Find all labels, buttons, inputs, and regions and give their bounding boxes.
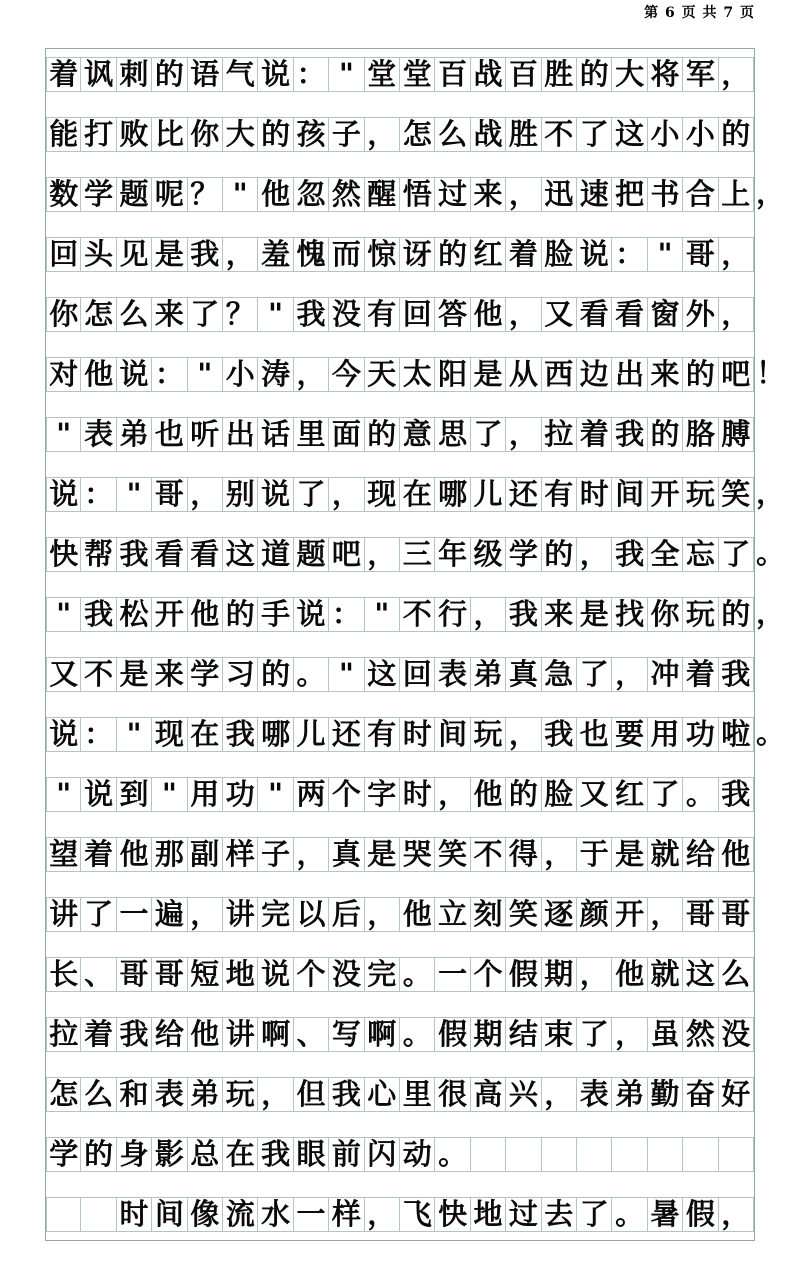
char-cell: 、: [294, 1017, 329, 1052]
char-cell: 现: [152, 717, 187, 752]
char-cell: 我: [506, 597, 541, 632]
page-number-header: 第 6 页 共 7 页: [644, 2, 755, 22]
char-cell: 胜: [506, 117, 541, 152]
char-cell: 完: [365, 957, 400, 992]
char-cell: 他: [258, 177, 293, 212]
char-cell: 他: [719, 837, 754, 872]
grid-row: 又不是来学习的。"这回表弟真急了，冲着我: [46, 657, 754, 692]
char-cell: 哭: [400, 837, 435, 872]
char-cell: 哥: [719, 897, 754, 932]
char-cell: 说: [117, 357, 152, 392]
char-cell: 真: [329, 837, 364, 872]
char-cell: 快: [46, 537, 81, 572]
char-cell: 间: [612, 477, 647, 512]
char-cell: 假: [683, 1197, 718, 1232]
char-cell: 不: [471, 837, 506, 872]
char-cell: 给: [683, 837, 718, 872]
char-cell: 他: [471, 297, 506, 332]
char-cell: 是: [577, 597, 612, 632]
char-cell: 数: [46, 177, 81, 212]
char-cell: 哪: [258, 717, 293, 752]
char-cell: 还: [506, 477, 541, 512]
char-cell: 流: [223, 1197, 258, 1232]
char-cell: 像: [188, 1197, 223, 1232]
char-cell: 时: [400, 777, 435, 812]
char-cell: ，: [294, 357, 329, 392]
char-cell: 着: [46, 57, 81, 92]
char-cell: 说: [81, 777, 116, 812]
hanging-punctuation: ，: [754, 477, 788, 512]
char-cell: 题: [294, 537, 329, 572]
char-cell: 全: [648, 537, 683, 572]
char-cell: 还: [329, 717, 364, 752]
char-cell: 把: [612, 177, 647, 212]
char-cell: 、: [81, 957, 116, 992]
char-cell: 找: [612, 597, 647, 632]
char-cell: 和: [117, 1077, 152, 1112]
char-cell: 那: [152, 837, 187, 872]
char-cell: 过: [435, 177, 470, 212]
char-cell: 间: [435, 717, 470, 752]
char-cell: ，: [648, 897, 683, 932]
char-cell: 的: [577, 57, 612, 92]
char-cell: 来: [471, 177, 506, 212]
char-cell: 我: [719, 657, 754, 692]
char-cell: 速: [577, 177, 612, 212]
char-cell: 用: [648, 717, 683, 752]
char-cell: 勤: [648, 1077, 683, 1112]
char-cell: 了: [294, 477, 329, 512]
char-cell: 的: [648, 417, 683, 452]
char-cell: 军: [683, 57, 718, 92]
char-cell: ，: [329, 477, 364, 512]
char-cell: 么: [719, 957, 754, 992]
char-cell: 时: [117, 1197, 152, 1232]
char-cell: 了: [471, 417, 506, 452]
char-cell: 开: [612, 897, 647, 932]
char-cell: 讲: [223, 1017, 258, 1052]
hanging-punctuation: ，: [754, 177, 788, 212]
char-cell: 弟: [188, 1077, 223, 1112]
char-cell: 面: [329, 417, 364, 452]
char-cell: 玩: [683, 477, 718, 512]
char-cell: 学: [46, 1137, 81, 1172]
char-cell: 我: [294, 297, 329, 332]
char-cell: 而: [329, 237, 364, 272]
char-cell: 这: [365, 657, 400, 692]
char-cell: 儿: [471, 477, 506, 512]
char-cell: 他: [612, 957, 647, 992]
char-cell: 看: [152, 537, 187, 572]
char-cell: 头: [81, 237, 116, 272]
char-cell: 闪: [365, 1137, 400, 1172]
char-cell: 手: [258, 597, 293, 632]
char-cell: 迅: [542, 177, 577, 212]
char-cell: 我: [542, 717, 577, 752]
char-cell: 对: [46, 357, 81, 392]
char-cell: 我: [329, 1077, 364, 1112]
char-cell: ": [258, 297, 293, 332]
char-cell: 学: [188, 657, 223, 692]
char-cell: 愧: [294, 237, 329, 272]
grid-row: 着讽刺的语气说："堂堂百战百胜的大将军，: [46, 57, 754, 92]
char-cell: 打: [81, 117, 116, 152]
char-cell: 回: [46, 237, 81, 272]
char-cell: ？: [188, 177, 223, 212]
char-cell: 从: [506, 357, 541, 392]
char-cell: 好: [719, 1077, 754, 1112]
char-cell: ，: [506, 177, 541, 212]
char-cell: 说: [577, 237, 612, 272]
char-cell: ": [46, 777, 81, 812]
char-cell: 快: [435, 1197, 470, 1232]
char-cell: [506, 1137, 541, 1172]
char-cell: 束: [542, 1017, 577, 1052]
char-cell: 开: [648, 477, 683, 512]
char-cell: 急: [542, 657, 577, 692]
char-cell: ": [258, 777, 293, 812]
char-cell: 笑: [719, 477, 754, 512]
char-cell: 逐: [542, 897, 577, 932]
char-cell: 么: [435, 117, 470, 152]
char-cell: 胜: [542, 57, 577, 92]
char-cell: 时: [577, 477, 612, 512]
char-cell: 冲: [648, 657, 683, 692]
char-cell: 短: [188, 957, 223, 992]
char-cell: 的: [683, 357, 718, 392]
char-cell: 他: [188, 1017, 223, 1052]
char-cell: 个: [294, 957, 329, 992]
char-cell: 悟: [400, 177, 435, 212]
char-cell: ，: [365, 537, 400, 572]
char-cell: ": [329, 657, 364, 692]
char-cell: ": [152, 777, 187, 812]
char-cell: 胳: [683, 417, 718, 452]
char-cell: 地: [471, 1197, 506, 1232]
char-cell: 说: [258, 57, 293, 92]
char-cell: 看: [188, 537, 223, 572]
char-cell: 完: [258, 897, 293, 932]
char-cell: 你: [46, 297, 81, 332]
char-cell: ，: [542, 837, 577, 872]
char-cell: 的: [435, 237, 470, 272]
char-cell: 道: [258, 537, 293, 572]
char-cell: ，: [612, 657, 647, 692]
char-cell: 我: [117, 537, 152, 572]
char-cell: 。: [400, 1017, 435, 1052]
char-cell: 样: [329, 1197, 364, 1232]
char-cell: 然: [683, 1017, 718, 1052]
char-cell: 别: [223, 477, 258, 512]
char-cell: 颜: [577, 897, 612, 932]
char-cell: ，: [719, 1197, 754, 1232]
char-cell: ：: [152, 357, 187, 392]
char-cell: 说: [294, 597, 329, 632]
char-cell: 飞: [400, 1197, 435, 1232]
char-cell: 今: [329, 357, 364, 392]
char-cell: ，: [365, 1197, 400, 1232]
char-cell: 表: [81, 417, 116, 452]
grid-row: 怎么和表弟玩，但我心里很高兴，表弟勤奋好: [46, 1077, 754, 1112]
char-cell: 了: [81, 897, 116, 932]
char-cell: 这: [612, 117, 647, 152]
char-cell: 暑: [648, 1197, 683, 1232]
char-cell: 样: [223, 837, 258, 872]
char-cell: 功: [683, 717, 718, 752]
char-cell: 望: [46, 837, 81, 872]
char-cell: 忘: [683, 537, 718, 572]
grid-row: "表弟也听出话里面的意思了，拉着我的胳膊: [46, 417, 754, 452]
char-cell: 里: [400, 1077, 435, 1112]
char-cell: 弟: [117, 417, 152, 452]
char-cell: 的: [542, 537, 577, 572]
char-cell: [683, 1137, 718, 1172]
char-cell: 怎: [81, 297, 116, 332]
char-cell: 忽: [294, 177, 329, 212]
char-cell: [577, 1137, 612, 1172]
grid-row: 能打败比你大的孩子，怎么战胜不了这小小的: [46, 117, 754, 152]
char-cell: ：: [294, 57, 329, 92]
char-cell: ，: [223, 237, 258, 272]
char-cell: 他: [471, 777, 506, 812]
char-cell: 天: [365, 357, 400, 392]
char-cell: 在: [400, 477, 435, 512]
char-cell: 看: [577, 297, 612, 332]
char-cell: 但: [294, 1077, 329, 1112]
char-cell: 结: [506, 1017, 541, 1052]
char-cell: 出: [612, 357, 647, 392]
char-cell: 你: [648, 597, 683, 632]
char-cell: 心: [365, 1077, 400, 1112]
char-cell: 脸: [542, 237, 577, 272]
char-cell: 是: [612, 837, 647, 872]
char-cell: 是: [152, 237, 187, 272]
char-cell: 呢: [152, 177, 187, 212]
char-cell: 高: [471, 1077, 506, 1112]
char-cell: 副: [188, 837, 223, 872]
grid-row: 拉着我给他讲啊、写啊。假期结束了，虽然没: [46, 1017, 754, 1052]
char-cell: 我: [612, 537, 647, 572]
char-cell: 百: [506, 57, 541, 92]
char-cell: 语: [188, 57, 223, 92]
char-cell: 说: [46, 477, 81, 512]
char-cell: 级: [471, 537, 506, 572]
char-cell: 。: [683, 777, 718, 812]
char-cell: 着: [683, 657, 718, 692]
char-cell: 的: [365, 417, 400, 452]
char-cell: 是: [471, 357, 506, 392]
char-cell: 这: [683, 957, 718, 992]
char-cell: 讲: [223, 897, 258, 932]
char-cell: 也: [152, 417, 187, 452]
hanging-punctuation: ！: [754, 357, 788, 392]
char-cell: 他: [81, 357, 116, 392]
char-cell: 一: [294, 1197, 329, 1232]
char-cell: 来: [648, 357, 683, 392]
char-cell: 答: [435, 297, 470, 332]
char-cell: [46, 1197, 81, 1232]
char-cell: 说: [46, 717, 81, 752]
grid-row: 学的身影总在我眼前闪动。: [46, 1137, 754, 1172]
char-cell: 期: [542, 957, 577, 992]
char-cell: ，: [577, 957, 612, 992]
char-cell: ": [188, 357, 223, 392]
char-cell: 来: [542, 597, 577, 632]
char-cell: 身: [117, 1137, 152, 1172]
char-cell: 也: [577, 717, 612, 752]
char-cell: 着: [81, 1017, 116, 1052]
char-cell: 字: [365, 777, 400, 812]
char-cell: 子: [329, 117, 364, 152]
char-cell: 了: [577, 117, 612, 152]
char-cell: 又: [46, 657, 81, 692]
char-cell: 子: [258, 837, 293, 872]
char-cell: 年: [435, 537, 470, 572]
composition-grid: 着讽刺的语气说："堂堂百战百胜的大将军，能打败比你大的孩子，怎么战胜不了这小小的…: [45, 48, 755, 1241]
hanging-punctuation: 。: [754, 537, 788, 572]
char-cell: 的: [258, 657, 293, 692]
char-cell: 醒: [365, 177, 400, 212]
char-cell: 在: [223, 1137, 258, 1172]
char-cell: ，: [188, 897, 223, 932]
char-cell: 不: [400, 597, 435, 632]
char-cell: 没: [329, 297, 364, 332]
grid-row: 长、哥哥短地说个没完。一个假期，他就这么: [46, 957, 754, 992]
char-cell: 是: [117, 657, 152, 692]
char-cell: 玩: [471, 717, 506, 752]
char-cell: ，: [612, 1017, 647, 1052]
char-cell: 战: [471, 57, 506, 92]
char-cell: 边: [577, 357, 612, 392]
char-cell: 期: [471, 1017, 506, 1052]
char-cell: 合: [683, 177, 718, 212]
char-cell: 小: [648, 117, 683, 152]
char-cell: 一: [117, 897, 152, 932]
char-cell: 涛: [258, 357, 293, 392]
char-cell: 写: [329, 1017, 364, 1052]
char-cell: 拉: [542, 417, 577, 452]
char-cell: 在: [188, 717, 223, 752]
char-cell: 讽: [81, 57, 116, 92]
char-cell: 立: [435, 897, 470, 932]
char-cell: 他: [400, 897, 435, 932]
char-cell: 遍: [152, 897, 187, 932]
char-cell: ，: [506, 717, 541, 752]
char-cell: 是: [365, 837, 400, 872]
char-cell: 里: [294, 417, 329, 452]
char-cell: ，: [506, 297, 541, 332]
char-cell: 间: [152, 1197, 187, 1232]
char-cell: ，: [577, 537, 612, 572]
char-cell: 哥: [152, 957, 187, 992]
char-cell: 羞: [258, 237, 293, 272]
char-cell: 个: [471, 957, 506, 992]
char-cell: 的: [152, 57, 187, 92]
char-cell: 啊: [258, 1017, 293, 1052]
char-cell: 堂: [365, 57, 400, 92]
char-cell: 弟: [612, 1077, 647, 1112]
char-cell: ": [117, 477, 152, 512]
char-cell: 真: [506, 657, 541, 692]
char-cell: 有: [365, 717, 400, 752]
char-cell: 题: [117, 177, 152, 212]
char-cell: ": [223, 177, 258, 212]
char-cell: 着: [577, 417, 612, 452]
char-cell: [81, 1197, 116, 1232]
char-cell: 行: [435, 597, 470, 632]
char-cell: 膊: [719, 417, 754, 452]
char-cell: 帮: [81, 537, 116, 572]
char-cell: ，: [294, 837, 329, 872]
hanging-punctuation: 。: [754, 717, 788, 752]
char-cell: 又: [577, 777, 612, 812]
char-cell: 我: [81, 597, 116, 632]
char-cell: 时: [400, 717, 435, 752]
char-cell: 哥: [683, 897, 718, 932]
char-cell: 。: [400, 957, 435, 992]
char-cell: ": [117, 717, 152, 752]
char-cell: 表: [152, 1077, 187, 1112]
char-cell: 松: [117, 597, 152, 632]
char-cell: ，: [719, 237, 754, 272]
char-cell: 出: [223, 417, 258, 452]
char-cell: 的: [719, 117, 754, 152]
char-cell: 的: [258, 117, 293, 152]
char-cell: 吧: [719, 357, 754, 392]
char-cell: 啦: [719, 717, 754, 752]
char-cell: 假: [435, 1017, 470, 1052]
char-cell: 拉: [46, 1017, 81, 1052]
char-cell: 哪: [435, 477, 470, 512]
char-cell: 动: [400, 1137, 435, 1172]
char-cell: 我: [188, 237, 223, 272]
char-cell: 意: [400, 417, 435, 452]
char-cell: 这: [223, 537, 258, 572]
char-cell: 弟: [471, 657, 506, 692]
char-cell: 着: [506, 237, 541, 272]
char-cell: 堂: [400, 57, 435, 92]
char-cell: 个: [329, 777, 364, 812]
char-cell: 大: [223, 117, 258, 152]
char-cell: ，: [471, 597, 506, 632]
char-cell: 说: [258, 957, 293, 992]
char-cell: 很: [435, 1077, 470, 1112]
char-cell: 不: [542, 117, 577, 152]
char-cell: 影: [152, 1137, 187, 1172]
char-cell: 我: [117, 1017, 152, 1052]
char-cell: 就: [648, 837, 683, 872]
char-cell: 笑: [435, 837, 470, 872]
grid-row: "说到"用功"两个字时，他的脸又红了。我: [46, 777, 754, 812]
char-cell: 回: [400, 657, 435, 692]
char-cell: 于: [577, 837, 612, 872]
char-cell: 了: [648, 777, 683, 812]
char-cell: 没: [719, 1017, 754, 1052]
char-cell: 给: [152, 1017, 187, 1052]
char-cell: 气: [223, 57, 258, 92]
char-cell: ，: [506, 417, 541, 452]
char-cell: 太: [400, 357, 435, 392]
char-cell: ：: [329, 597, 364, 632]
char-cell: ": [365, 597, 400, 632]
char-cell: 讲: [46, 897, 81, 932]
char-cell: ，: [188, 477, 223, 512]
char-cell: 水: [258, 1197, 293, 1232]
char-cell: 思: [435, 417, 470, 452]
char-cell: 来: [152, 657, 187, 692]
char-cell: 不: [81, 657, 116, 692]
char-cell: 上: [719, 177, 754, 212]
